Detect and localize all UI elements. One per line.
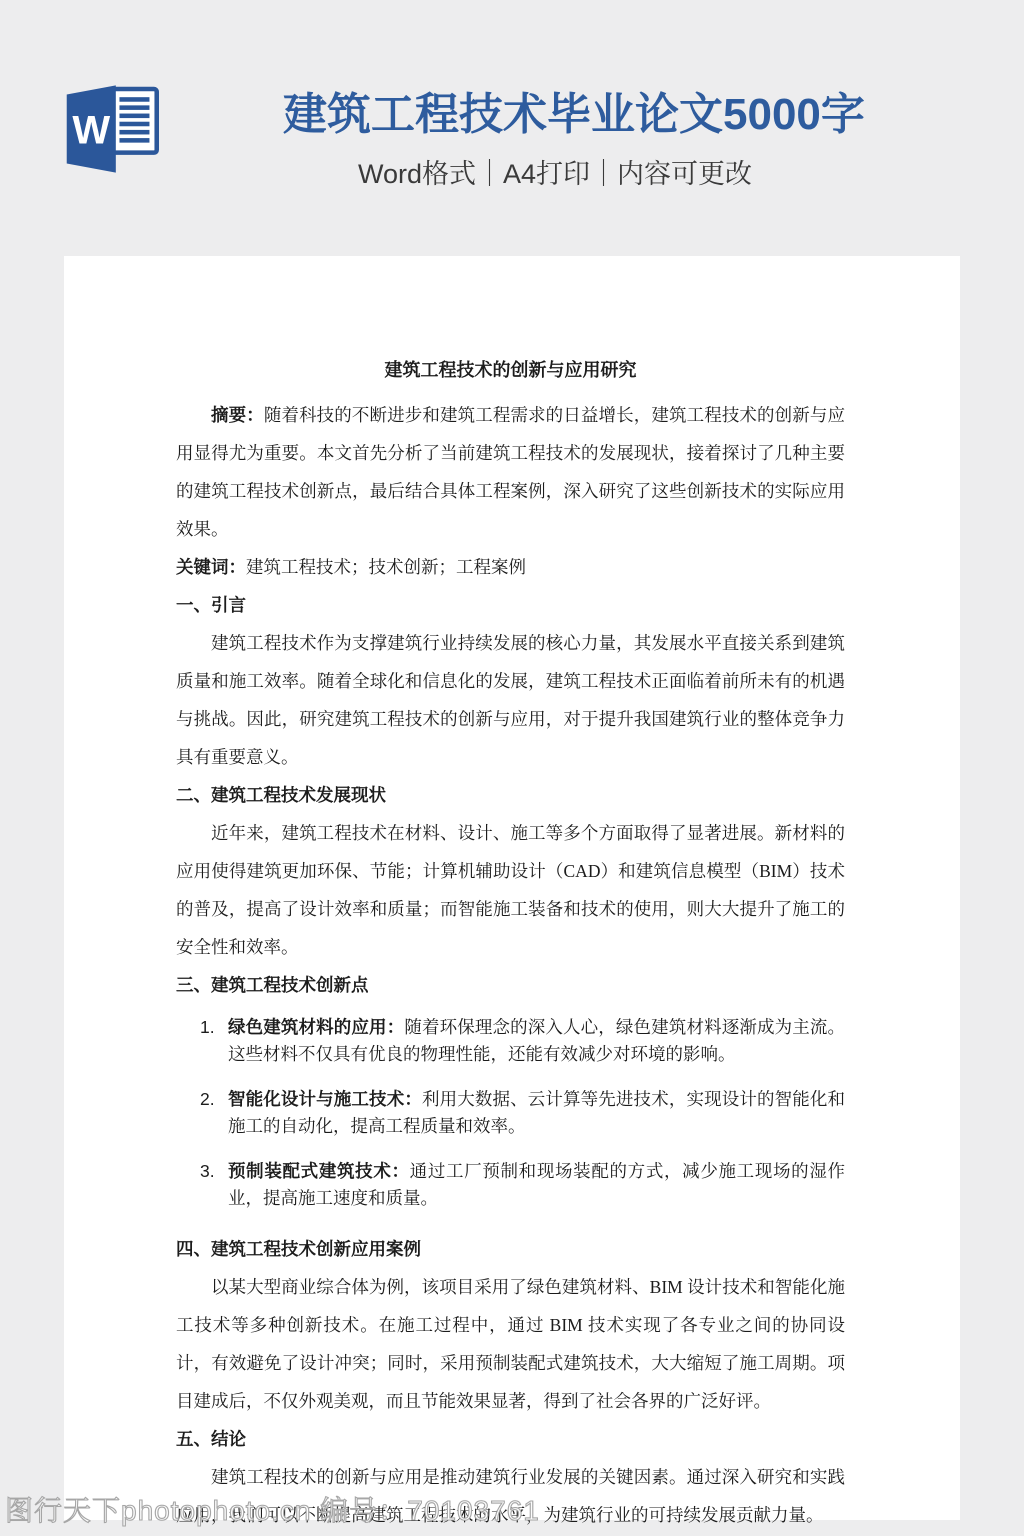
section-heading: 五、结论	[176, 1420, 845, 1458]
keywords-line: 关键词：建筑工程技术；技术创新；工程案例	[176, 548, 845, 586]
abstract-paragraph: 摘要：随着科技的不断进步和建筑工程需求的日益增长，建筑工程技术的创新与应用显得尤…	[176, 396, 845, 548]
list-item: 3.预制装配式建筑技术：通过工厂预制和现场装配的方式，减少施工现场的湿作业，提高…	[200, 1158, 845, 1212]
list-item: 1.绿色建筑材料的应用：随着环保理念的深入人心，绿色建筑材料逐渐成为主流。这些材…	[200, 1014, 845, 1068]
list-item-text: 绿色建筑材料的应用：随着环保理念的深入人心，绿色建筑材料逐渐成为主流。这些材料不…	[228, 1014, 845, 1068]
section-paragraph: 近年来，建筑工程技术在材料、设计、施工等多个方面取得了显著进展。新材料的应用使得…	[176, 814, 845, 966]
template-title: 建筑工程技术毕业论文5000字	[283, 90, 827, 140]
keywords-text: 建筑工程技术；技术创新；工程案例	[246, 557, 526, 577]
word-logo-icon: W	[64, 82, 164, 176]
page-canvas: W 建筑工程技术毕业论文5000字 Word格式｜A4打印｜内容可更改 建筑工程…	[0, 0, 1024, 1536]
list-item-lead: 智能化设计与施工技术：	[228, 1089, 422, 1109]
list-item-lead: 绿色建筑材料的应用：	[228, 1017, 404, 1037]
document-title: 建筑工程技术的创新与应用研究	[176, 358, 845, 382]
document-page: 建筑工程技术的创新与应用研究 摘要：随着科技的不断进步和建筑工程需求的日益增长，…	[64, 256, 960, 1520]
section-paragraph: 建筑工程技术作为支撑建筑行业持续发展的核心力量，其发展水平直接关系到建筑质量和施…	[176, 624, 845, 776]
section-heading: 四、建筑工程技术创新应用案例	[176, 1230, 845, 1268]
watermark-text: 图行天下photophoto.cn 编号：70103761	[5, 1489, 540, 1529]
section-heading: 二、建筑工程技术发展现状	[176, 776, 845, 814]
section-heading: 三、建筑工程技术创新点	[176, 966, 845, 1004]
section-paragraph: 以某大型商业综合体为例，该项目采用了绿色建筑材料、BIM 设计技术和智能化施工技…	[176, 1268, 845, 1420]
document-sections: 一、引言建筑工程技术作为支撑建筑行业持续发展的核心力量，其发展水平直接关系到建筑…	[176, 586, 845, 1534]
abstract-text: 随着科技的不断进步和建筑工程需求的日益增长，建筑工程技术的创新与应用显得尤为重要…	[176, 405, 845, 539]
header-text: 建筑工程技术毕业论文5000字 Word格式｜A4打印｜内容可更改	[283, 90, 827, 191]
section-heading: 一、引言	[176, 586, 845, 624]
list-item-text: 智能化设计与施工技术：利用大数据、云计算等先进技术，实现设计的智能化和施工的自动…	[228, 1086, 845, 1140]
word-logo-letter: W	[72, 109, 110, 153]
abstract-label: 摘要：	[211, 405, 264, 425]
list-item-lead: 预制装配式建筑技术：	[228, 1161, 410, 1181]
list-item-number: 3.	[200, 1158, 228, 1212]
template-subtitle: Word格式｜A4打印｜内容可更改	[283, 152, 827, 191]
numbered-list: 1.绿色建筑材料的应用：随着环保理念的深入人心，绿色建筑材料逐渐成为主流。这些材…	[176, 1014, 845, 1212]
list-item-text: 预制装配式建筑技术：通过工厂预制和现场装配的方式，减少施工现场的湿作业，提高施工…	[228, 1158, 845, 1212]
list-item-number: 2.	[200, 1086, 228, 1140]
list-item-number: 1.	[200, 1014, 228, 1068]
list-item: 2.智能化设计与施工技术：利用大数据、云计算等先进技术，实现设计的智能化和施工的…	[200, 1086, 845, 1140]
keywords-label: 关键词：	[176, 557, 246, 577]
